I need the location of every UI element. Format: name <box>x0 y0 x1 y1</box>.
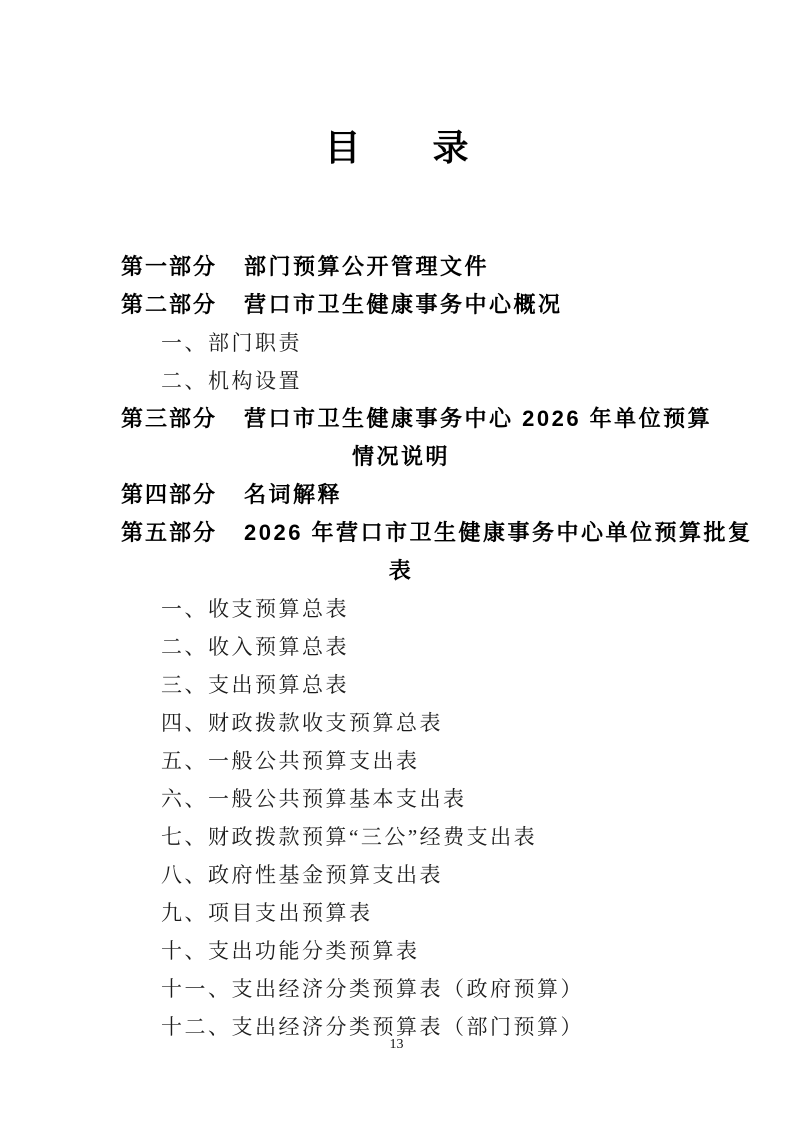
toc-part-label: 第五部分 <box>121 514 221 552</box>
toc-part-title: 营口市卫生健康事务中心 2026 年单位预算 <box>244 406 712 431</box>
toc-part-label: 第一部分 <box>121 248 221 286</box>
toc-sub-entry: 九、项目支出预算表 <box>121 894 681 932</box>
toc-part-entry: 第五部分2026 年营口市卫生健康事务中心单位预算批复 <box>121 514 681 552</box>
toc-sub-entry: 二、机构设置 <box>121 362 681 400</box>
toc-part-title: 2026 年营口市卫生健康事务中心单位预算批复 <box>244 520 753 545</box>
toc-part-entry: 第一部分部门预算公开管理文件 <box>121 248 681 286</box>
toc-sub-entry: 三、支出预算总表 <box>121 666 681 704</box>
page-title: 目 录 <box>0 126 793 170</box>
toc-part-label: 第四部分 <box>121 476 221 514</box>
toc-part-entry: 第二部分营口市卫生健康事务中心概况 <box>121 286 681 324</box>
toc-sub-entry: 一、部门职责 <box>121 324 681 362</box>
table-of-contents: 第一部分部门预算公开管理文件第二部分营口市卫生健康事务中心概况一、部门职责二、机… <box>121 248 681 1046</box>
toc-sub-entry: 五、一般公共预算支出表 <box>121 742 681 780</box>
toc-part-entry: 第三部分营口市卫生健康事务中心 2026 年单位预算 <box>121 400 681 438</box>
toc-part-title: 名词解释 <box>244 482 342 507</box>
toc-part-label: 第三部分 <box>121 400 221 438</box>
toc-title-continuation: 情况说明 <box>121 438 681 476</box>
document-page: 目 录 第一部分部门预算公开管理文件第二部分营口市卫生健康事务中心概况一、部门职… <box>0 0 793 1122</box>
toc-sub-entry: 十一、支出经济分类预算表（政府预算） <box>121 970 681 1008</box>
toc-part-label: 第二部分 <box>121 286 221 324</box>
toc-sub-entry: 七、财政拨款预算“三公”经费支出表 <box>121 818 681 856</box>
toc-sub-entry: 六、一般公共预算基本支出表 <box>121 780 681 818</box>
toc-sub-entry: 四、财政拨款收支预算总表 <box>121 704 681 742</box>
toc-part-entry: 第四部分名词解释 <box>121 476 681 514</box>
toc-part-title: 部门预算公开管理文件 <box>244 254 489 279</box>
toc-sub-entry: 一、收支预算总表 <box>121 590 681 628</box>
toc-sub-entry: 十、支出功能分类预算表 <box>121 932 681 970</box>
toc-part-title: 营口市卫生健康事务中心概况 <box>244 292 563 317</box>
toc-title-continuation: 表 <box>121 552 681 590</box>
toc-sub-entry: 二、收入预算总表 <box>121 628 681 666</box>
page-number: 13 <box>0 1036 793 1054</box>
toc-sub-entry: 八、政府性基金预算支出表 <box>121 856 681 894</box>
